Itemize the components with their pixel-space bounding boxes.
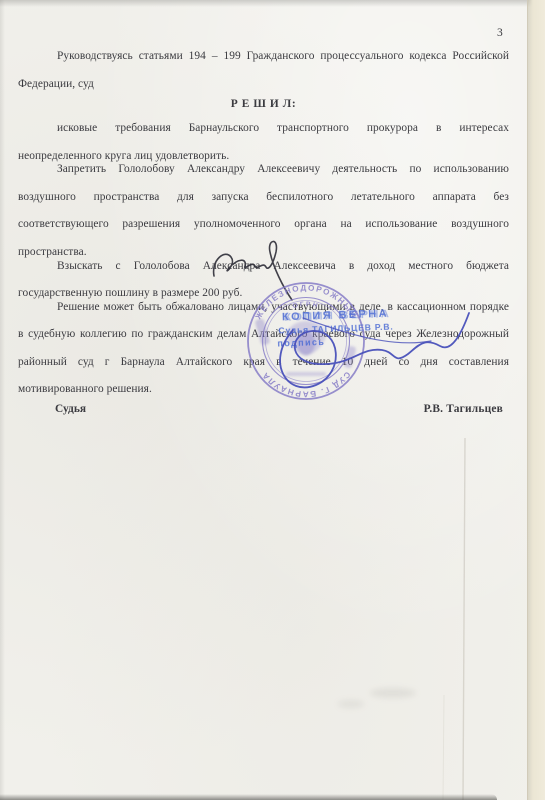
- paragraph-line: мотивированного решения.: [18, 383, 509, 397]
- paragraph-line: районный суд г Барнаула Алтайского края …: [18, 356, 509, 384]
- paper-crease-line: [463, 438, 465, 800]
- paragraph-line: исковые требования Барнаульского транспо…: [18, 122, 509, 150]
- signature-row: Судья Р.В. Тагильцев: [18, 403, 509, 417]
- judge-label: Судья: [18, 403, 86, 417]
- paragraph-line: воздушного пространства для запуска бесп…: [18, 191, 509, 219]
- paragraph-line: Федерации, суд: [18, 78, 509, 92]
- paragraph-line: пространства.: [18, 246, 509, 260]
- paragraph-line: в судебную коллегию по гражданским делам…: [18, 328, 509, 356]
- scan-smudge: [338, 700, 364, 708]
- scan-smudge: [370, 688, 416, 698]
- scan-edge-left: [0, 0, 5, 800]
- paragraph-line: неопределенного круга лиц удовлетворить.: [18, 150, 509, 164]
- paper-crease-line-2: [443, 695, 444, 800]
- paragraph-line: государственную пошлину в размере 200 ру…: [18, 287, 509, 301]
- page-number: 3: [0, 27, 503, 39]
- paragraph-line: Взыскать с Гололобова Александра Алексее…: [18, 260, 509, 288]
- judge-name: Р.В. Тагильцев: [424, 403, 509, 417]
- paragraph-line: Решение может быть обжаловано лицами, уч…: [18, 301, 509, 329]
- paragraph-line: Запретить Гололобову Александру Алексеев…: [18, 163, 509, 191]
- decision-text-block: Руководствуясь статьями 194 – 199 Гражда…: [18, 50, 509, 417]
- scan-edge-bottom: [0, 794, 497, 800]
- paragraph-line: Руководствуясь статьями 194 – 199 Гражда…: [18, 50, 509, 78]
- paragraph-line: соответствующего разрешения уполномоченн…: [18, 218, 509, 246]
- decision-heading: Р Е Ш И Л:: [18, 98, 509, 112]
- document-page: 3 Руководствуясь статьями 194 – 199 Граж…: [0, 0, 545, 800]
- scan-edge-top: [0, 0, 545, 7]
- scan-edge-right: [527, 0, 545, 800]
